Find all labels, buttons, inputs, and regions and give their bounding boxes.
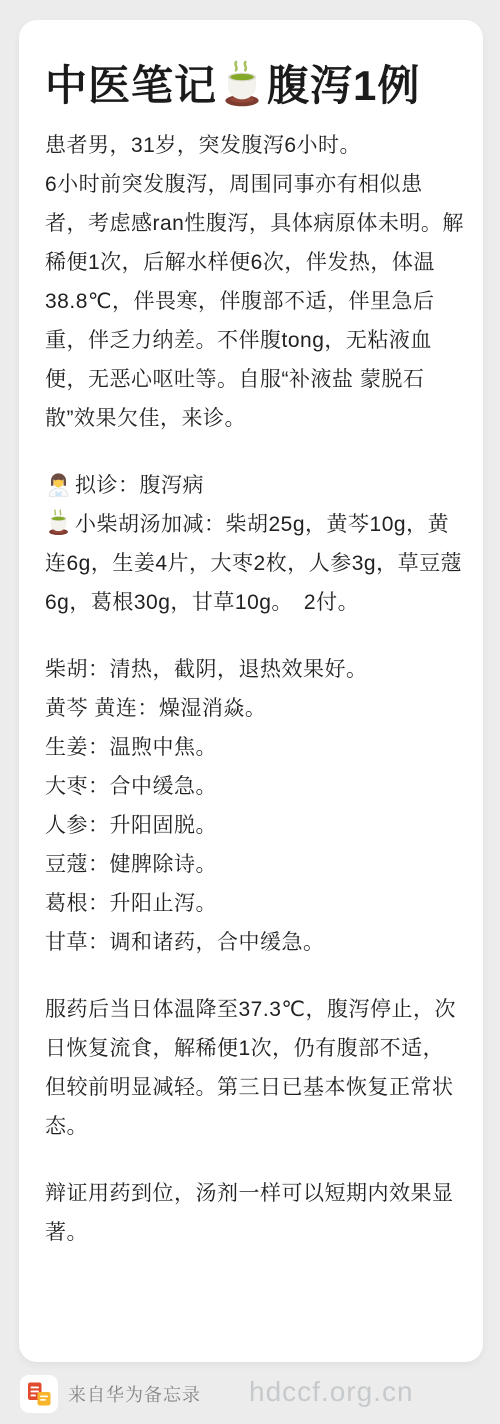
teacup-icon	[218, 60, 266, 108]
note-card: 中医笔记 腹泻1例 患者男，31岁，突发腹泻6小时。 6小时前突发腹泻，周围同事…	[19, 20, 483, 1362]
woman-health-worker-icon	[45, 470, 72, 497]
diagnosis-line: 拟诊：腹泻病	[45, 466, 459, 505]
case-history-paragraph: 患者男，31岁，突发腹泻6小时。 6小时前突发腹泻，周围同事亦有相似患 者，考虑…	[45, 126, 459, 438]
source-label: 来自华为备忘录	[68, 1381, 201, 1407]
footer: 来自华为备忘录 hdccf.org.cn	[0, 1372, 500, 1416]
prescription-line: 小柴胡汤加减：柴胡25g，黄芩10g，黄	[45, 505, 459, 544]
diagnosis-text: 拟诊：腹泻病	[75, 474, 204, 497]
note-title: 中医笔记 腹泻1例	[45, 60, 459, 111]
teacup-small-icon	[45, 509, 72, 536]
outcome-paragraph: 服药后当日体温降至37.3℃，腹泻停止，次 日恢复流食，解稀便1次，仍有腹部不适…	[45, 990, 459, 1146]
shared-note-page: 中医笔记 腹泻1例 患者男，31岁，突发腹泻6小时。 6小时前突发腹泻，周围同事…	[0, 0, 500, 1424]
herb-notes-paragraph: 柴胡：清热，截阴，退热效果好。 黄芩 黄连：燥湿消焱。 生姜：温煦中焦。 大枣：…	[45, 650, 459, 962]
diagnosis-prescription-paragraph: 拟诊：腹泻病 小柴胡汤加减：柴胡25g，黄芩10g，黄 连6g，生姜4片，大枣2…	[45, 466, 459, 622]
memo-app-icon	[20, 1375, 58, 1413]
conclusion-paragraph: 辩证用药到位，汤剂一样可以短期内效果显 著。	[45, 1174, 459, 1252]
watermark: hdccf.org.cn	[249, 1376, 414, 1408]
prescription-continuation: 连6g，生姜4片，大枣2枚，人参3g，草豆蔻 6g，葛根30g，甘草10g。 2…	[45, 544, 459, 622]
note-title-left: 中医笔记	[45, 62, 217, 109]
note-title-right: 腹泻1例	[267, 62, 420, 109]
prescription-text: 小柴胡汤加减：柴胡25g，黄芩10g，黄	[75, 513, 449, 536]
